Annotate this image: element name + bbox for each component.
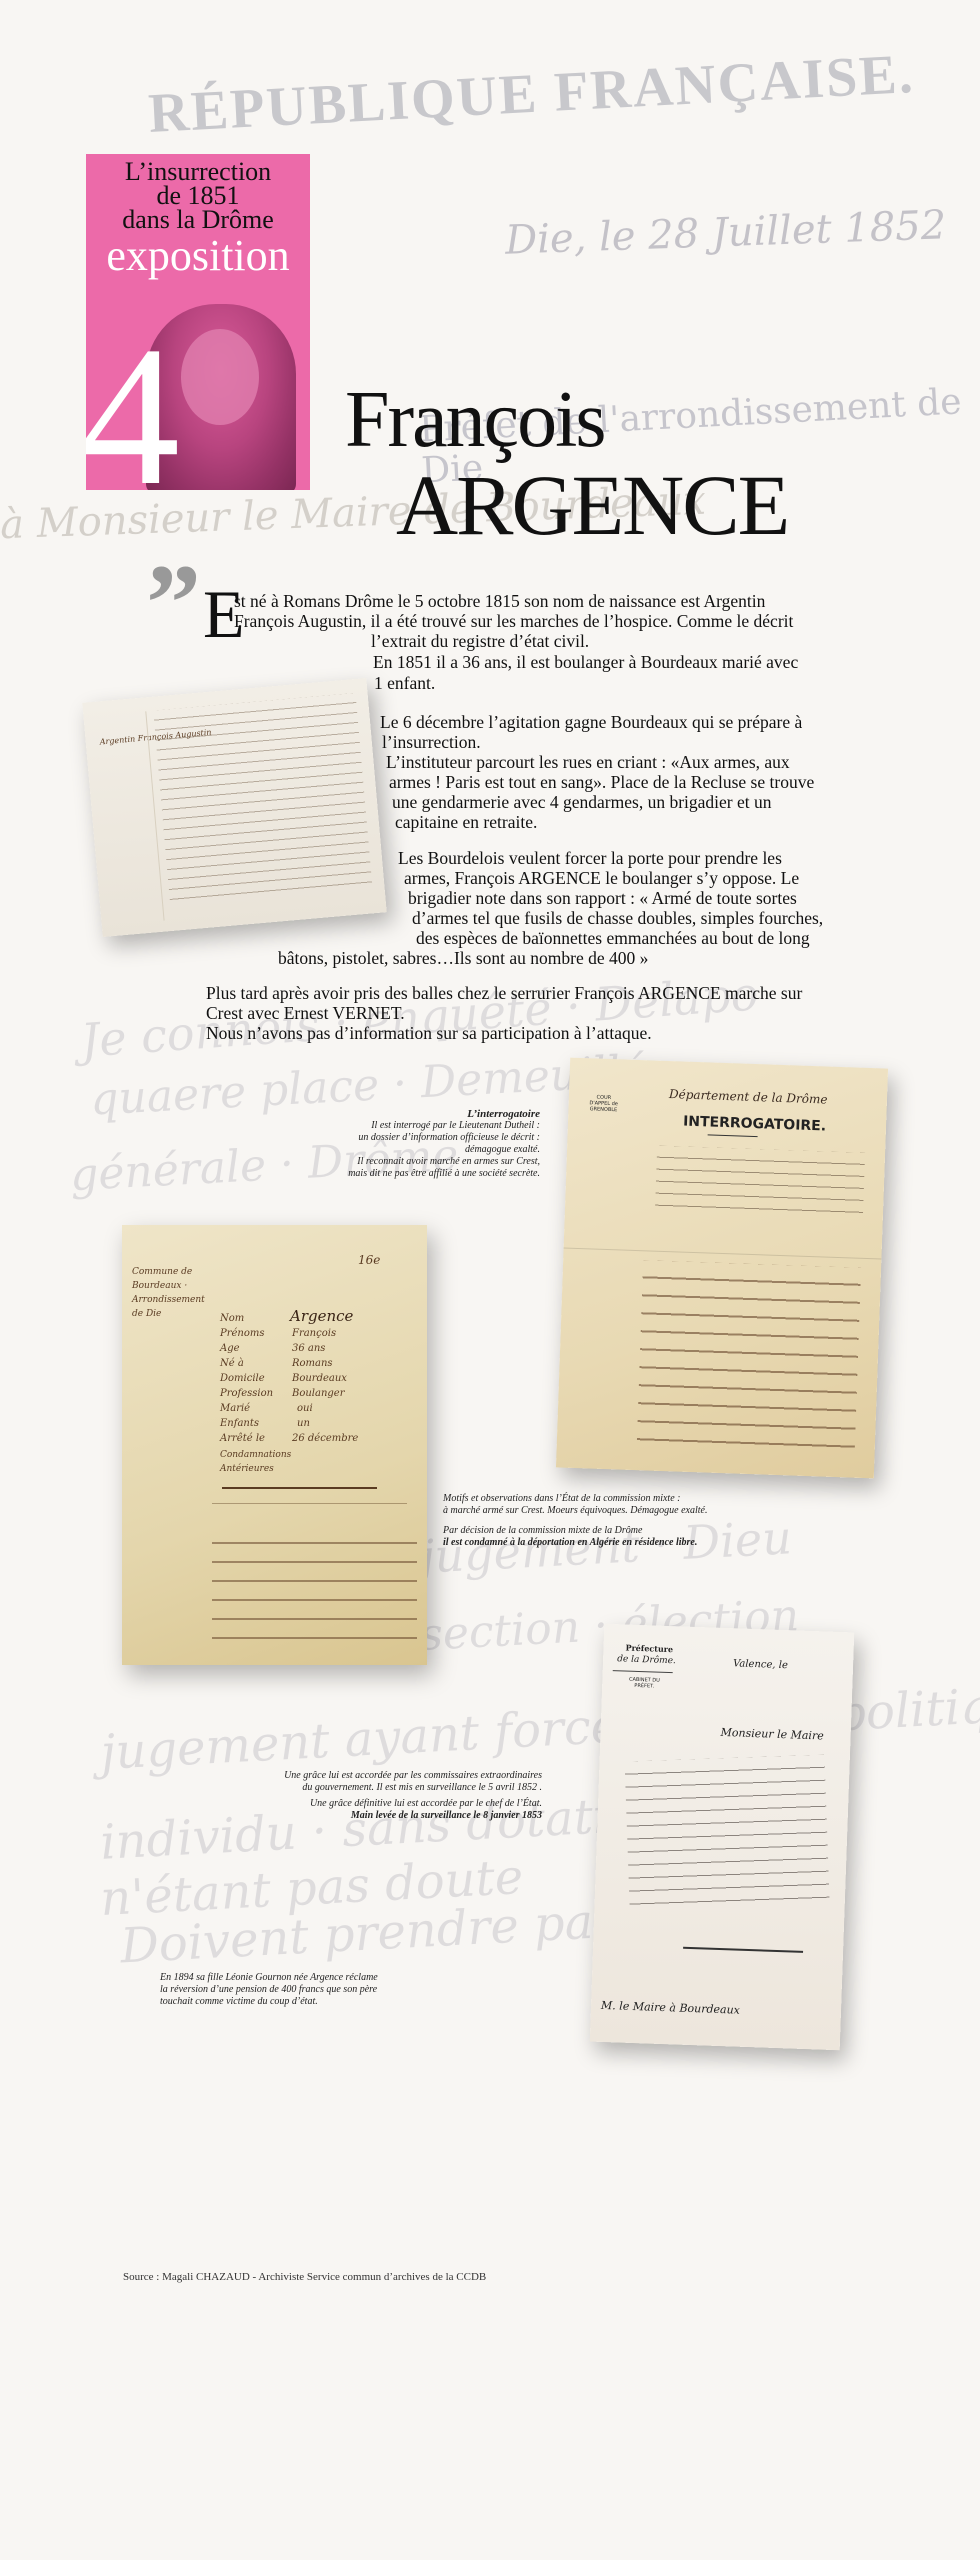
commission-list-document: 16e Commune de Bourdeaux · Arrondissemen… (122, 1225, 427, 1665)
bourdelois-line: armes, François ARGENCE le boulanger s’y… (404, 868, 799, 888)
cover-exposition-label: exposition (86, 234, 310, 278)
caption-line: démagogue exalté. (330, 1144, 540, 1156)
pref-address: M. le Maire à Bourdeaux (601, 1999, 740, 2017)
caption-line: En 1894 sa fille Léonie Gournon née Arge… (160, 1972, 430, 1984)
pref-salutation: Monsieur le Maire (720, 1726, 824, 1743)
background-handwriting: n'étant pas doute (99, 1849, 525, 1927)
interro-court-label: COUR D'APPEL de GRENOBLE (588, 1094, 619, 1113)
bourdelois-line: bâtons, pistolet, sabres…Ils sont au nom… (278, 948, 648, 968)
caption-line: mais dit ne pas être affilié à une socié… (330, 1168, 540, 1180)
agitation-line: Le 6 décembre l’agitation gagne Bourdeau… (380, 712, 802, 732)
caption-line: Il reconnait avoir marché en armes sur C… (330, 1156, 540, 1168)
list-name: Argence (290, 1307, 353, 1325)
interrogatoire-document: COUR D'APPEL de GRENOBLE Département de … (556, 1058, 888, 1479)
agitation-line: l’insurrection. (382, 732, 481, 752)
background-handwriting: Je connois · enquêté · Delapo (79, 966, 760, 1067)
background-stamp: RÉPUBLIQUE FRANÇAISE. (147, 42, 916, 146)
list-value: 26 décembre (292, 1433, 358, 1444)
caption-line: Une grâce définitive lui est accordée pa… (250, 1798, 542, 1810)
caption-line: du gouvernement. Il est mis en surveilla… (250, 1782, 542, 1794)
list-label: Prénoms (220, 1328, 265, 1339)
list-label: Marié (220, 1403, 250, 1414)
caption-line-bold: Main levée de la surveillance le 8 janvi… (250, 1810, 542, 1822)
cover-title-line3: dans la Drôme (86, 208, 310, 232)
agitation-line: L’instituteur parcourt les rues en crian… (386, 752, 790, 772)
agitation-line: capitaine en retraite. (395, 812, 537, 832)
caption-line: un dossier d’information officieuse le d… (330, 1132, 540, 1144)
intro-line: François Augustin, il a été trouvé sur l… (234, 611, 793, 631)
pension-caption: En 1894 sa fille Léonie Gournon née Arge… (160, 1972, 430, 2008)
grace-caption: Une grâce lui est accordée par les commi… (250, 1770, 542, 1822)
source-credit: Source : Magali CHAZAUD - Archiviste Ser… (123, 2271, 486, 2283)
panel-number: 4 (86, 332, 180, 490)
list-number: 16e (358, 1253, 380, 1267)
pref-cabinet: CABINET DU PRÉFET. (624, 1677, 664, 1690)
list-label: Age (220, 1343, 240, 1354)
prefecture-letter-document: Préfecture de la Drôme. CABINET DU PRÉFE… (590, 1624, 854, 2050)
list-value: Boulanger (292, 1388, 345, 1399)
background-handwriting: Doivent prendre part (119, 1892, 637, 1975)
pref-header: Préfecture (625, 1643, 673, 1655)
exhibition-cover-card: L’insurrection de 1851 dans la Drôme exp… (86, 154, 310, 490)
list-value: Bourdeaux (292, 1373, 347, 1384)
caption-line: Il est interrogé par le Lieutenant Duthe… (330, 1120, 540, 1132)
list-label: Condamnations Antérieures (220, 1448, 280, 1476)
list-value: oui (297, 1403, 313, 1414)
interrogatoire-heading: L’interrogatoire (330, 1108, 540, 1120)
caption-line: la réversion d’une pension de 400 francs… (160, 1984, 430, 1996)
intro-line: st né à Romans Drôme le 5 octobre 1815 s… (234, 591, 765, 611)
list-label: Nom (220, 1313, 244, 1324)
portrait-face (181, 329, 259, 425)
caption-line: touchait comme victime du coup d’état. (160, 1996, 430, 2008)
quote-mark-icon: ” (146, 548, 201, 658)
list-value: François (292, 1328, 336, 1339)
birth-record-document: Argentin François Augustin (82, 678, 386, 937)
interrogatoire-caption: L’interrogatoire Il est interrogé par le… (330, 1108, 540, 1180)
later-line: Nous n’avons pas d’information sur sa pa… (206, 1023, 652, 1043)
background-date-script: Die, le 28 Juillet 1852 (504, 202, 947, 263)
bourdelois-line: brigadier note dans son rapport : « Armé… (408, 888, 797, 908)
agitation-line: armes ! Paris est tout en sang». Place d… (389, 772, 814, 792)
list-label: Arrêté le (220, 1433, 265, 1444)
list-value: 36 ans (292, 1343, 325, 1354)
page-title-last-name: ARGENCE (396, 462, 788, 548)
commission-caption: Motifs et observations dans l’État de la… (443, 1493, 823, 1549)
bourdelois-line: des espèces de baïonnettes emmanchées au… (416, 928, 810, 948)
pref-header: de la Drôme. (617, 1654, 676, 1666)
list-label: Profession (220, 1388, 273, 1399)
caption-line: Par décision de la commission mixte de l… (443, 1525, 823, 1537)
caption-line-bold: il est condamné à la déportation en Algé… (443, 1537, 823, 1549)
interro-title: INTERROGATOIRE. (683, 1114, 827, 1135)
list-value: un (297, 1418, 310, 1429)
list-label: Enfants (220, 1418, 259, 1429)
intro-line: l’extrait du registre d’état civil. (371, 631, 589, 651)
bourdelois-line: Les Bourdelois veulent forcer la porte p… (398, 848, 782, 868)
caption-line: Une grâce lui est accordée par les commi… (250, 1770, 542, 1782)
list-label: Domicile (220, 1373, 265, 1384)
caption-line: Motifs et observations dans l’État de la… (443, 1493, 823, 1505)
later-line: Plus tard après avoir pris des balles ch… (206, 983, 802, 1003)
caption-line: à marché armé sur Crest. Moeurs équivoqu… (443, 1505, 823, 1517)
intro-line: 1 enfant. (374, 673, 435, 693)
list-label: Né à (220, 1358, 244, 1369)
agitation-line: une gendarmerie avec 4 gendarmes, un bri… (392, 792, 772, 812)
interro-department: Département de la Drôme (669, 1087, 828, 1107)
intro-line: En 1851 il a 36 ans, il est boulanger à … (373, 652, 798, 672)
bourdelois-line: d’armes tel que fusils de chasse doubles… (412, 908, 823, 928)
later-line: Crest avec Ernest VERNET. (206, 1003, 405, 1023)
page-title-first-name: François (345, 380, 605, 460)
list-value: Romans (292, 1358, 333, 1369)
pref-place: Valence, le (733, 1658, 788, 1671)
list-commune: Commune de Bourdeaux · Arrondissement de… (132, 1265, 212, 1321)
